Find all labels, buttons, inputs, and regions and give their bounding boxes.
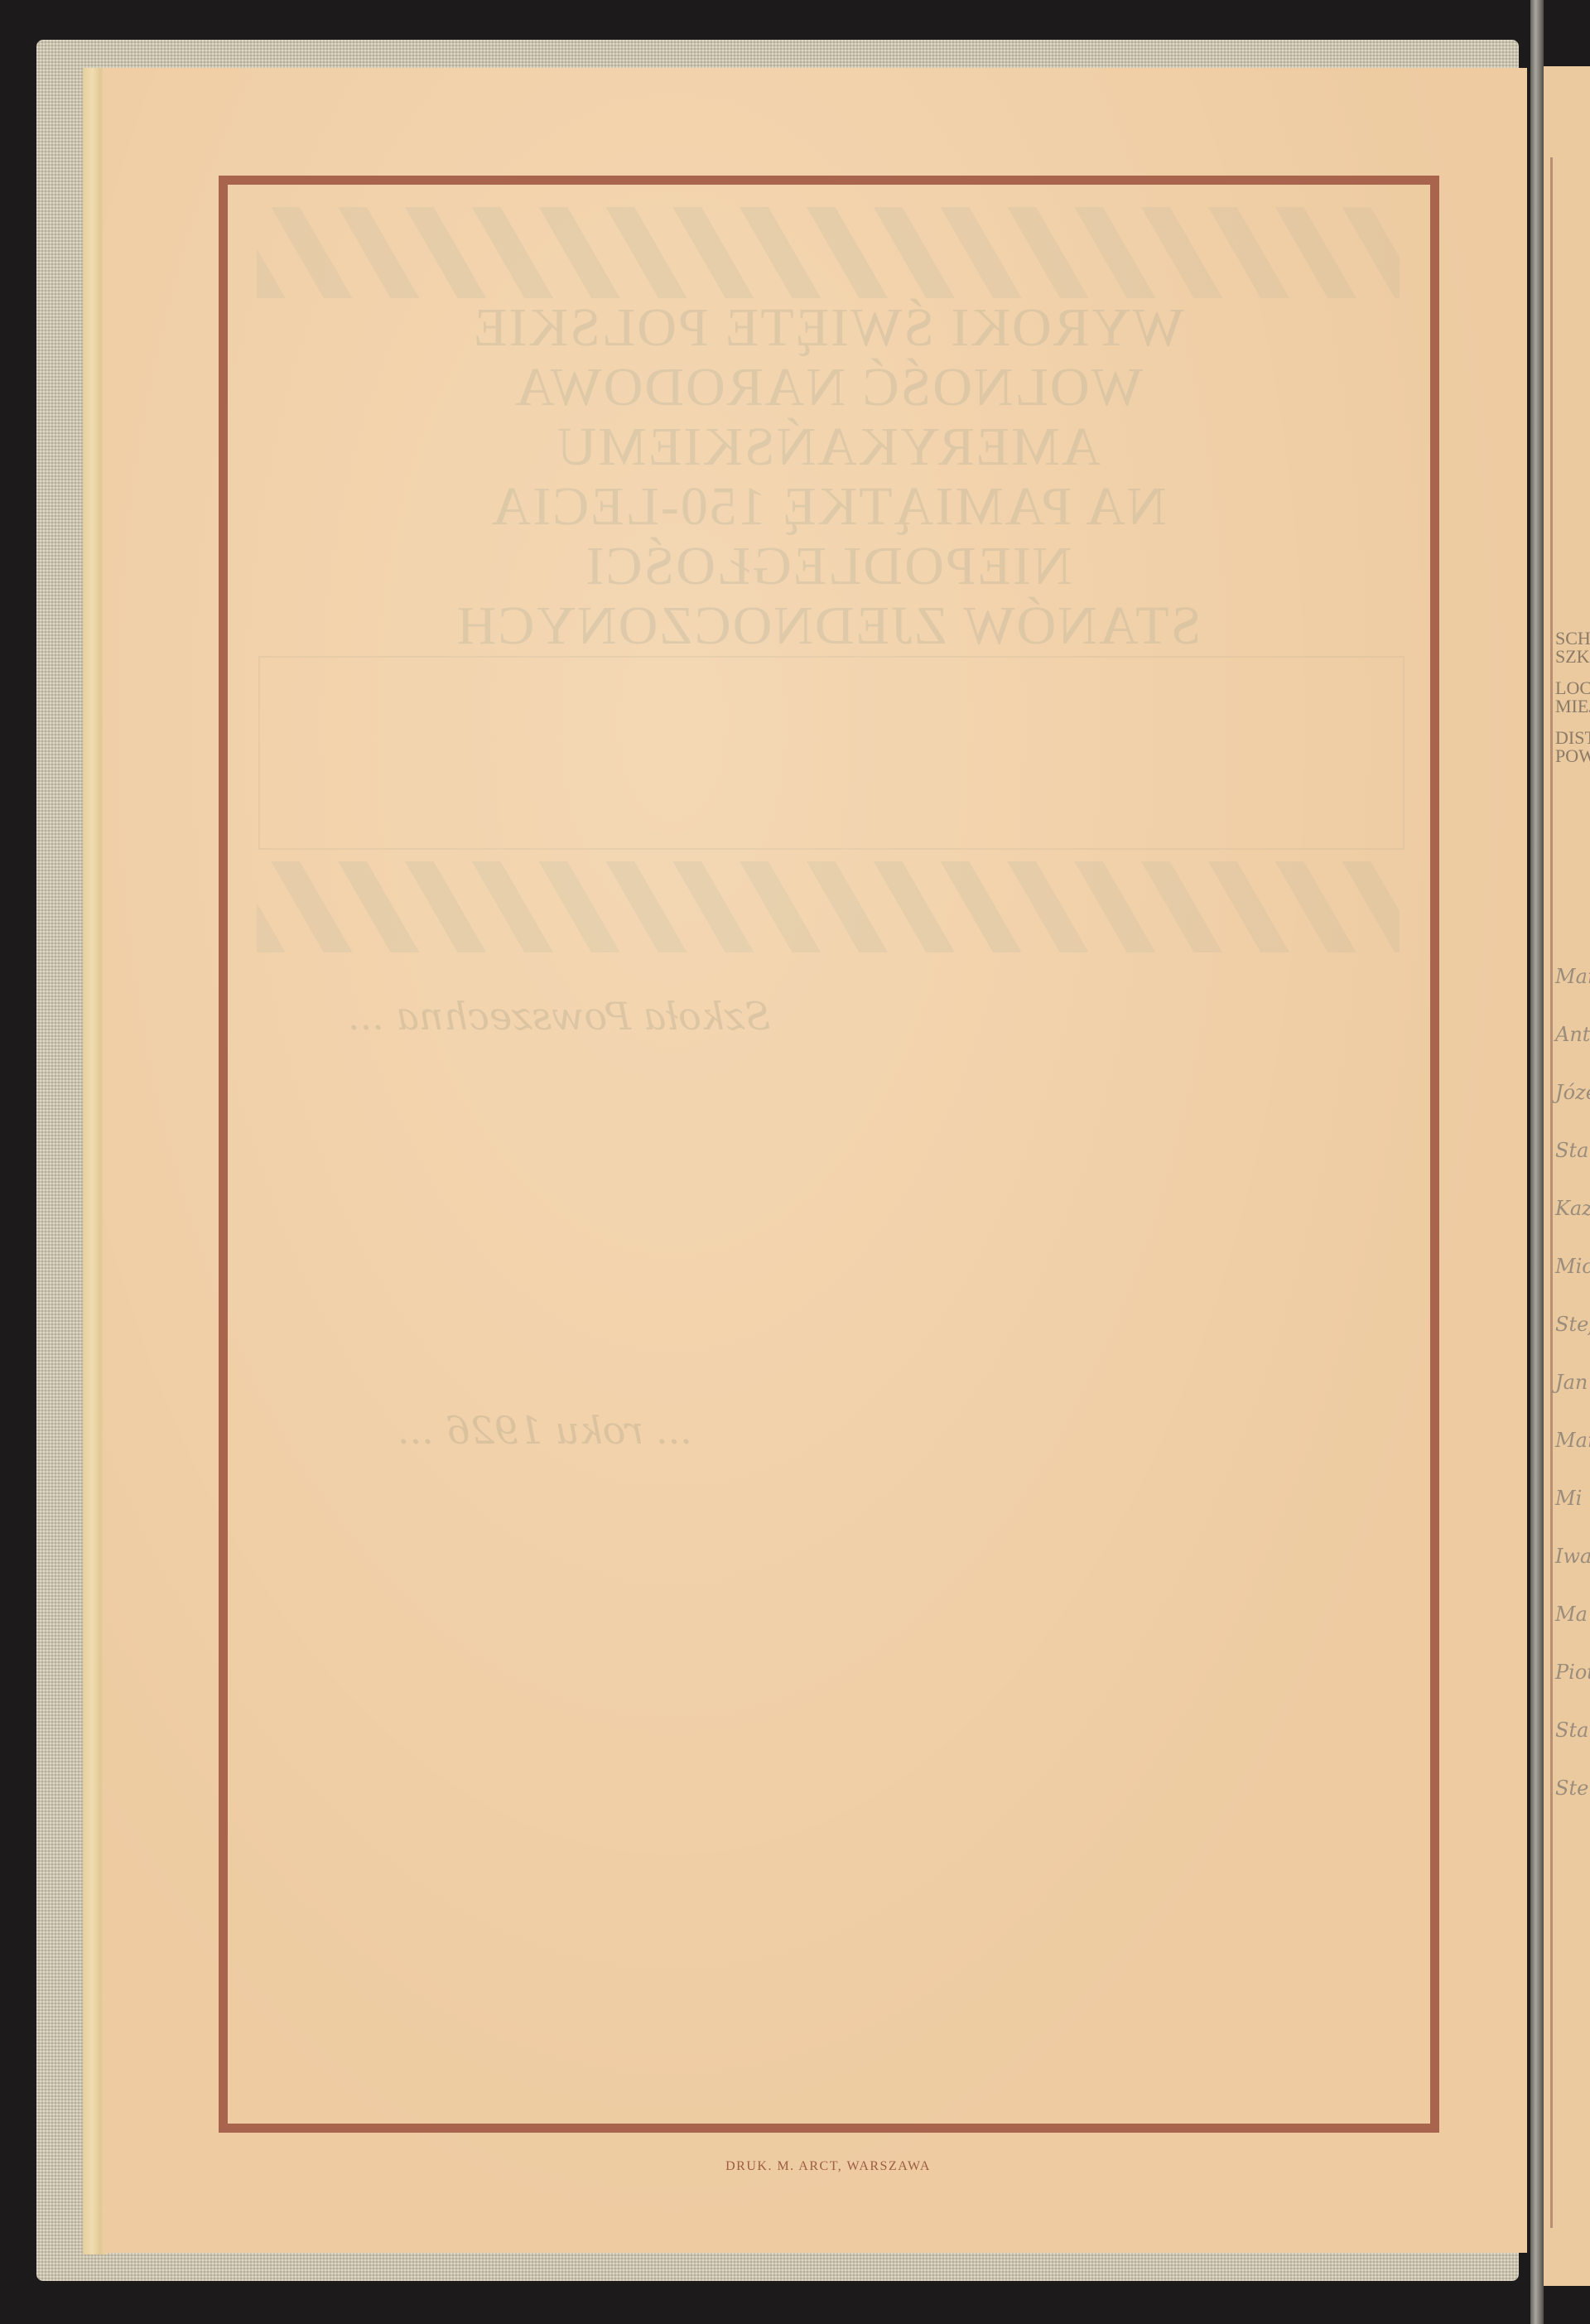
adjacent-handwritten-name: Kazi — [1555, 1197, 1590, 1220]
adjacent-label: SZKO — [1555, 648, 1590, 666]
adjacent-handwritten-name: Józef — [1555, 1081, 1590, 1104]
adjacent-handwritten-name: Stan — [1555, 1719, 1590, 1742]
adjacent-page-frame — [1550, 157, 1590, 2228]
adjacent-label: POWI — [1555, 747, 1590, 765]
adjacent-handwritten-name: Anton — [1555, 1023, 1590, 1046]
printer-imprint: DRUK. M. ARCT, WARSZAWA — [0, 2159, 1590, 2174]
protective-sheet-edge — [1530, 0, 1544, 2324]
adjacent-handwritten-name: Mich — [1555, 1255, 1590, 1278]
adjacent-handwritten-name: Marya — [1555, 965, 1590, 988]
adjacent-page: SCHOO SZKO LOCA MIEJS DISTR POWI Marya A… — [1544, 66, 1590, 2286]
adjacent-label: LOCA — [1555, 679, 1590, 697]
adjacent-handwritten-name: Jan — [1555, 1371, 1588, 1394]
adjacent-label: DISTR — [1555, 729, 1590, 747]
adjacent-label: MIEJS — [1555, 697, 1590, 716]
adjacent-handwritten-name: Mar — [1555, 1429, 1590, 1452]
adjacent-handwritten-name: Piotr — [1555, 1661, 1590, 1684]
adjacent-label: SCHOO — [1555, 629, 1590, 648]
decorative-frame-border — [219, 176, 1439, 2133]
adjacent-handwritten-name: Ma — [1555, 1603, 1588, 1626]
adjacent-handwritten-name: Stef — [1555, 1313, 1590, 1336]
adjacent-handwritten-name: Mi — [1555, 1487, 1582, 1510]
adjacent-handwritten-name: Stan — [1555, 1139, 1590, 1162]
adjacent-handwritten-name: Ste — [1555, 1777, 1588, 1800]
adjacent-handwritten-name: Iwan — [1555, 1545, 1590, 1568]
